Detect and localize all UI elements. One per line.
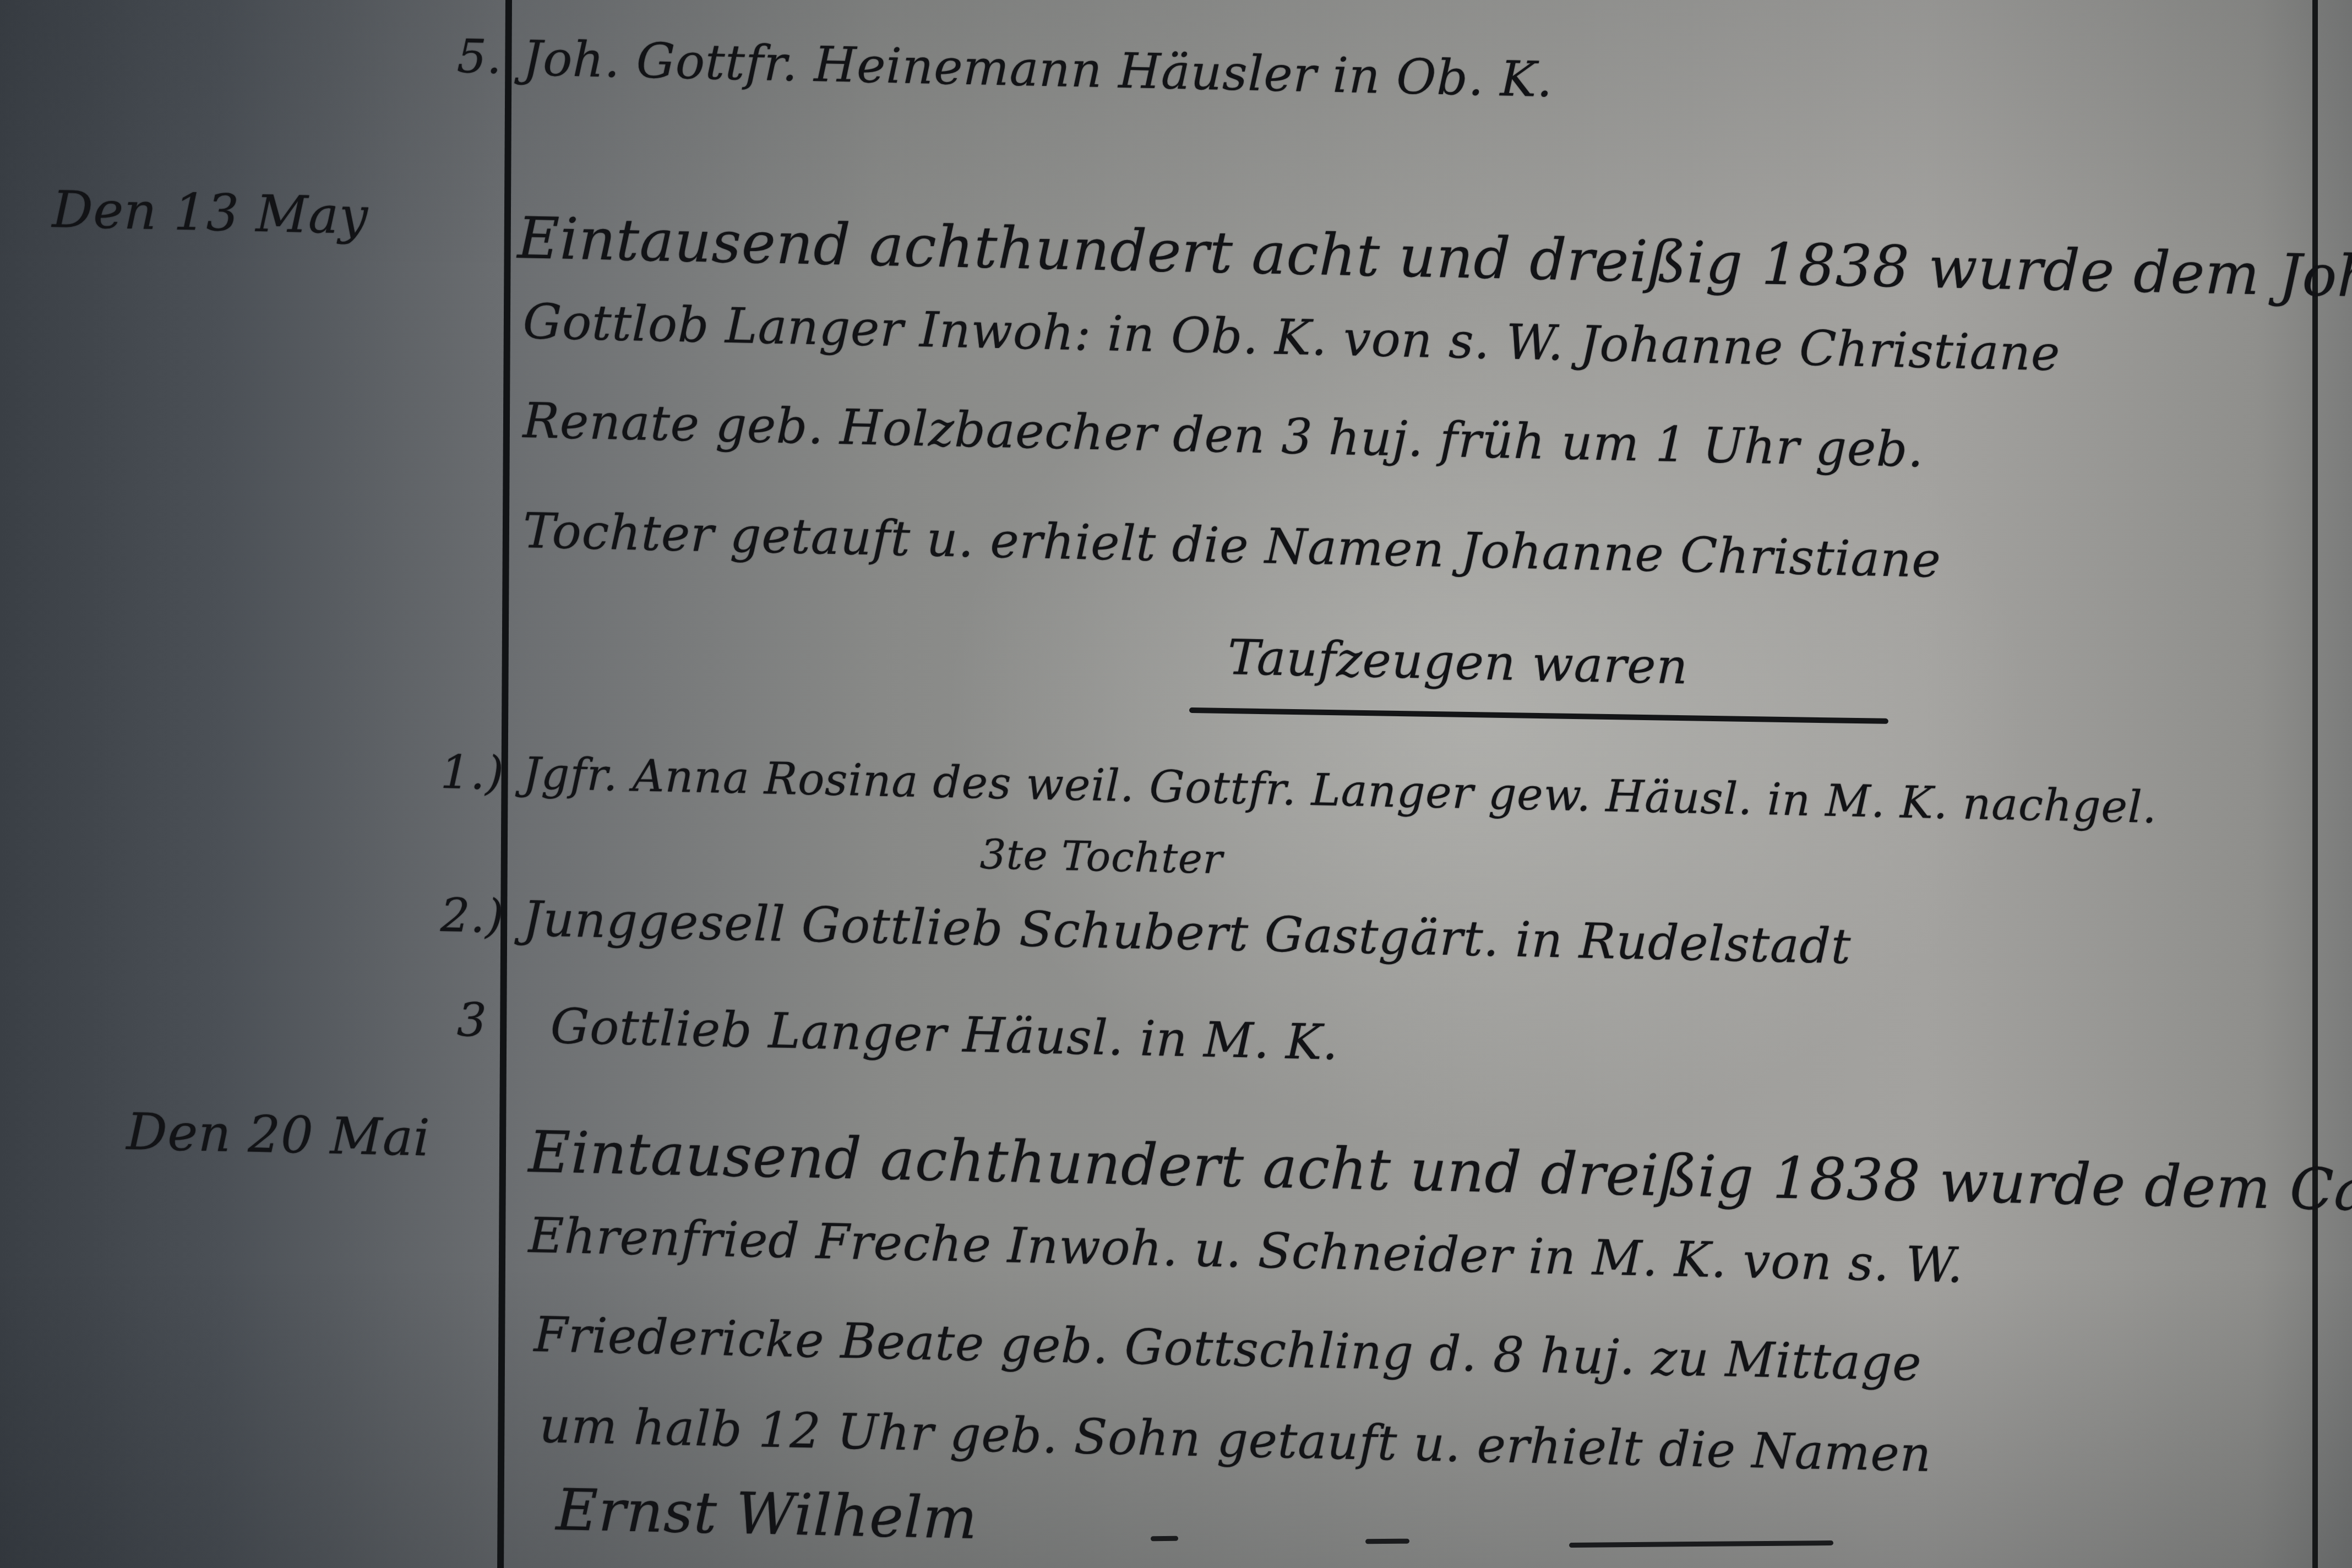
witness-number: 5. (456, 33, 503, 80)
witness-text: Joh. Gottfr. Heinemann Häusler in Ob. K. (522, 34, 1553, 104)
right-column-rule (2312, 0, 2318, 1568)
witnesses-heading: Taufzeugen waren (1227, 633, 1689, 691)
entry-line: Eintausend achthundert acht und dreißig … (517, 209, 2352, 306)
register-page: 5. Joh. Gottfr. Heinemann Häusler in Ob.… (0, 0, 2352, 1568)
witness-continuation: 3te Tochter (979, 834, 1223, 880)
entry-line: Tochter getauft u. erhielt die Namen Joh… (522, 507, 1942, 585)
entry-line: Renate geb. Holzbaecher den 3 huj. früh … (522, 396, 1924, 474)
entry-line: Eintausend achthundert acht und dreißig … (528, 1123, 2352, 1220)
entry-line: Gottlob Langer Inwoh: in Ob. K. von s. W… (522, 297, 2061, 378)
heading-underline (1189, 707, 1888, 724)
closing-flourish (1569, 1540, 1833, 1548)
witness-text: Gottlieb Langer Häusl. in M. K. (550, 1002, 1339, 1067)
witness-number: 3 (456, 997, 487, 1043)
entry-line: um halb 12 Uhr geb. Sohn getauft u. erhi… (539, 1401, 1932, 1479)
closing-dash (1151, 1536, 1178, 1541)
witness-text: Jgfr. Anna Rosina des weil. Gottfr. Lang… (522, 752, 2158, 830)
witness-number: 2.) (440, 892, 505, 939)
entry-line: Ehrenfried Freche Inwoh. u. Schneider in… (528, 1211, 1964, 1290)
entry-line: Ernst Wilhelm (556, 1481, 978, 1547)
witness-number: 1.) (440, 749, 505, 796)
entry-date: Den 20 Mai (126, 1107, 431, 1164)
closing-dash (1365, 1539, 1409, 1544)
entry-line: Friedericke Beate geb. Gottschling d. 8 … (533, 1310, 1922, 1388)
witness-text: Junggesell Gottlieb Schubert Gastgärt. i… (522, 895, 1852, 971)
entry-date: Den 13 May (52, 184, 369, 242)
